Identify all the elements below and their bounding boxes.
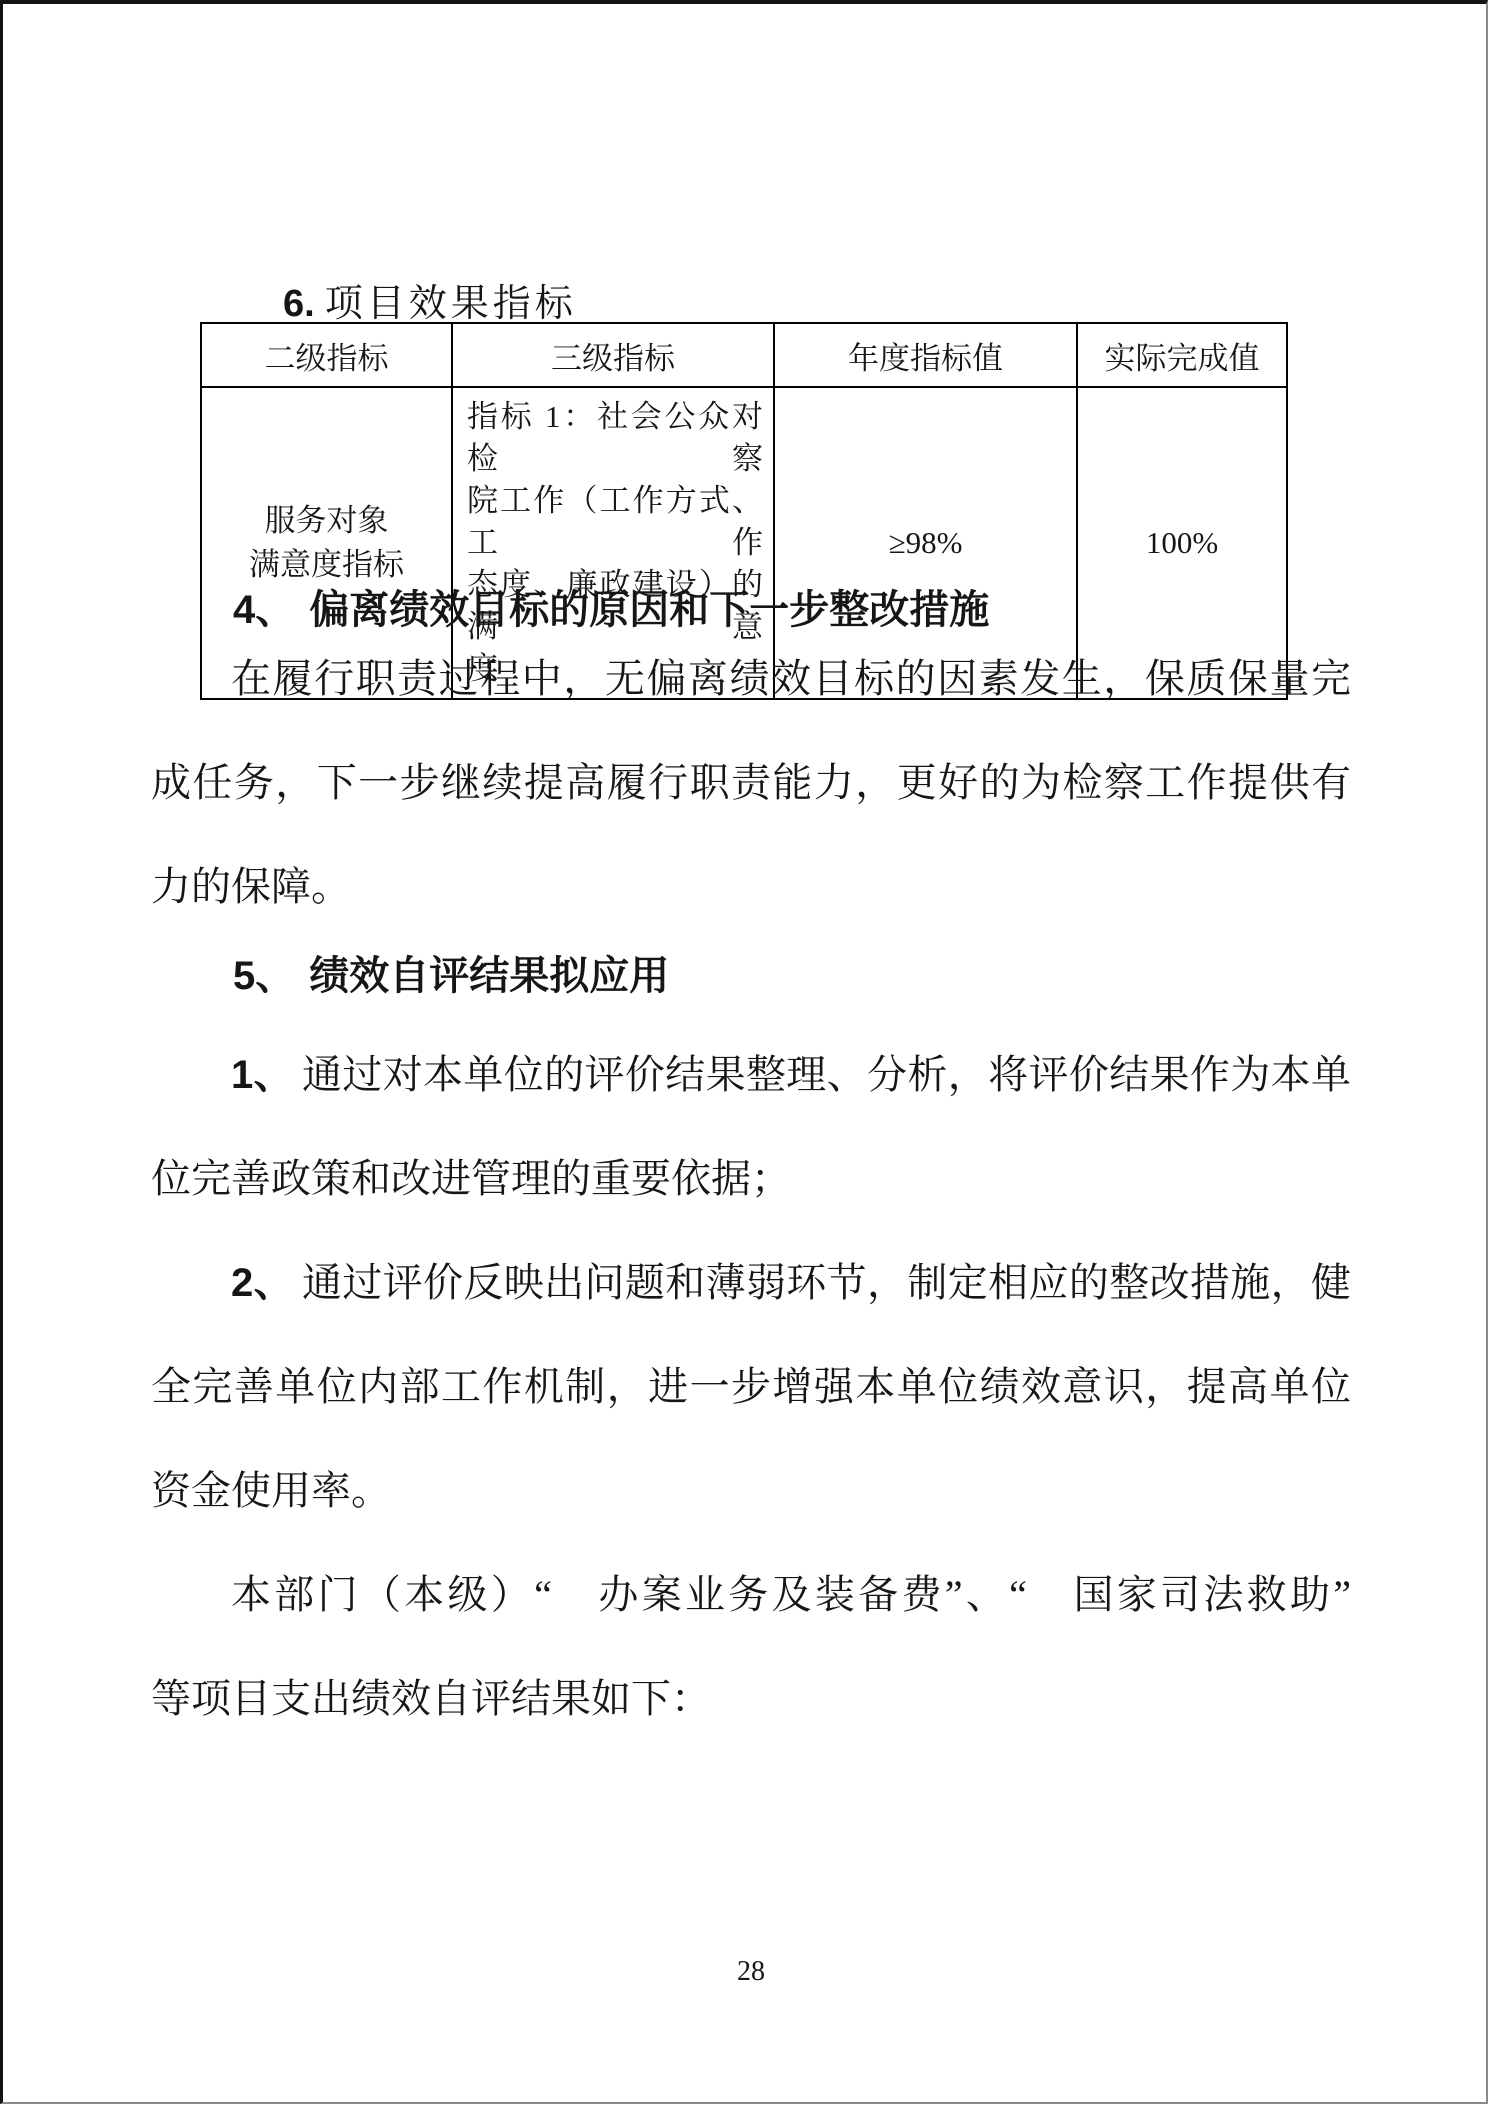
header-level3-indicator: 三级指标 (452, 323, 774, 387)
list-number-1: 1、 (231, 1053, 294, 1097)
document-page: 6.项目效果指标 二级指标 三级指标 年度指标值 实际完成值 服务对象 满意度指… (0, 0, 1488, 2104)
level2-line: 服务对象 (203, 499, 450, 543)
paragraph-b-text: 通过对本单位的评价结果整理、分析，将评价结果作为本单 (302, 1052, 1351, 1097)
section-5-number: 5、 (233, 954, 295, 998)
effect-indicator-table: 二级指标 三级指标 年度指标值 实际完成值 服务对象 满意度指标 指标 1：社会… (200, 322, 1288, 700)
paragraph-a-line: 在履行职责过程中，无偏离绩效目标的因素发生，保质保量完 (151, 652, 1351, 706)
paragraph-d-line: 本部门（本级）“ 办案业务及装备费”、“ 国家司法救助” (151, 1568, 1351, 1622)
paragraph-a-line: 成任务，下一步继续提高履行职责能力，更好的为检察工作提供有 (151, 756, 1351, 810)
paragraph-c-text: 通过评价反映出问题和薄弱环节，制定相应的整改措施，健 (302, 1260, 1351, 1305)
list-number-2: 2、 (231, 1261, 294, 1305)
paragraph-c-line: 2、通过评价反映出问题和薄弱环节，制定相应的整改措施，健 (151, 1256, 1351, 1310)
paragraph-a-line: 力的保障。 (151, 860, 1351, 914)
paragraph-c-line: 资金使用率。 (151, 1464, 1351, 1518)
header-level2-indicator: 二级指标 (201, 323, 452, 387)
section-4-title: 偏离绩效目标的原因和下一步整改措施 (309, 588, 989, 632)
section-5-title: 绩效自评结果拟应用 (309, 954, 669, 998)
section-4-number: 4、 (233, 588, 295, 632)
paragraph-d-line: 等项目支出绩效自评结果如下： (151, 1672, 1351, 1726)
page-number: 28 (151, 1956, 1351, 1988)
section-4-heading: 4、偏离绩效目标的原因和下一步整改措施 (233, 578, 989, 635)
level3-line: 指标 1：社会公众对检察 (467, 396, 763, 480)
level3-line: 院工作（工作方式、工作 (467, 480, 763, 564)
table-header-row: 二级指标 三级指标 年度指标值 实际完成值 (201, 323, 1287, 387)
section-6-heading: 6.项目效果指标 (283, 272, 577, 327)
paragraph-c-line: 全完善单位内部工作机制，进一步增强本单位绩效意识，提高单位 (151, 1360, 1351, 1414)
section-5-heading: 5、绩效自评结果拟应用 (233, 944, 669, 1001)
header-annual-target: 年度指标值 (774, 323, 1077, 387)
paragraph-b-line: 1、通过对本单位的评价结果整理、分析，将评价结果作为本单 (151, 1048, 1351, 1102)
section-6-title: 项目效果指标 (325, 283, 577, 325)
paragraph-b-line: 位完善政策和改进管理的重要依据； (151, 1152, 1351, 1206)
header-actual-value: 实际完成值 (1077, 323, 1287, 387)
section-6-number: 6. (283, 283, 315, 325)
